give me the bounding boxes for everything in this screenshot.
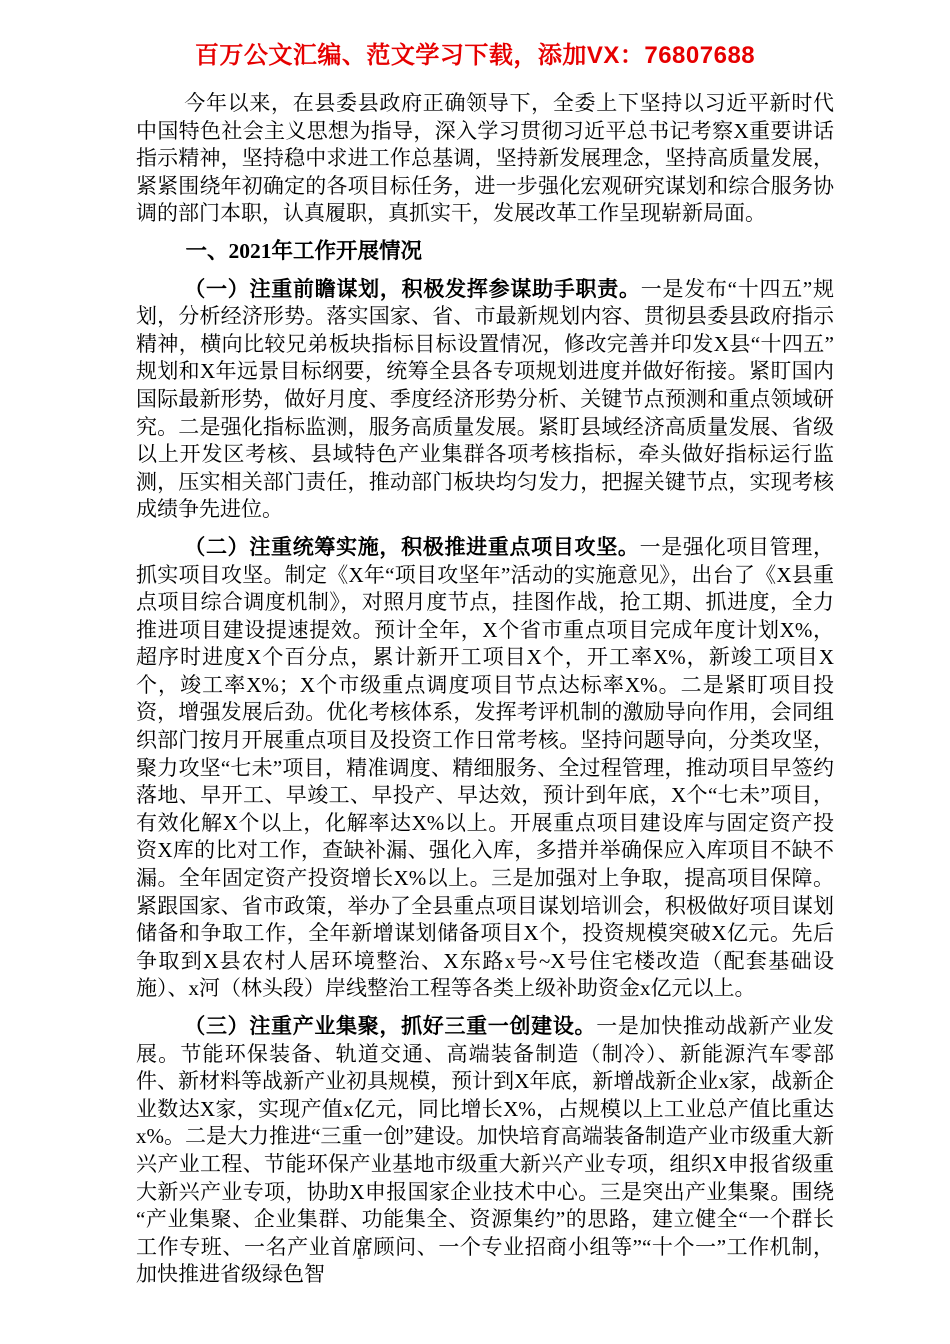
paragraph-3-lead: （三）注重产业集聚，抓好三重一创建设。 [184,1015,596,1038]
paragraph-2-body: 一是强化项目管理，抓实项目攻坚。制定《X年“项目攻坚年”活动的实施意见》，出台了… [136,535,834,1001]
paragraph-item-3: （三）注重产业集聚，抓好三重一创建设。一是加快推动战新产业发展。节能环保装备、轨… [136,1013,834,1289]
paragraph-item-1: （一）注重前瞻谋划，积极发挥参谋助手职责。一是发布“十四五”规划，分析经济形势。… [136,276,834,524]
section-1-heading: 一、2021年工作开展情况 [136,238,834,266]
document-body: 今年以来，在县委县政府正确领导下，全委上下坚持以习近平新时代中国特色社会主义思想… [0,70,950,1289]
paragraph-1-body: 一是发布“十四五”规划，分析经济形势。落实国家、省、市最新规划内容、贯彻县委县政… [136,277,834,522]
paragraph-1-lead: （一）注重前瞻谋划，积极发挥参谋助手职责。 [184,278,640,301]
promo-header-text: 百万公文汇编、范文学习下载，添加VX：76807688 [0,0,950,70]
page-number: 1 [356,1246,364,1264]
paragraph-2-lead: （二）注重统筹实施，积极推进重点项目攻坚。 [184,536,639,559]
document-page: { "header": { "promo_text": "百万公文汇编、范文学习… [0,0,950,1344]
paragraph-item-2: （二）注重统筹实施，积极推进重点项目攻坚。一是强化项目管理，抓实项目攻坚。制定《… [136,534,834,1003]
intro-paragraph: 今年以来，在县委县政府正确领导下，全委上下坚持以习近平新时代中国特色社会主义思想… [136,90,834,228]
paragraph-3-body: 一是加快推动战新产业发展。节能环保装备、轨道交通、高端装备制造（制冷）、新能源汽… [136,1014,834,1286]
